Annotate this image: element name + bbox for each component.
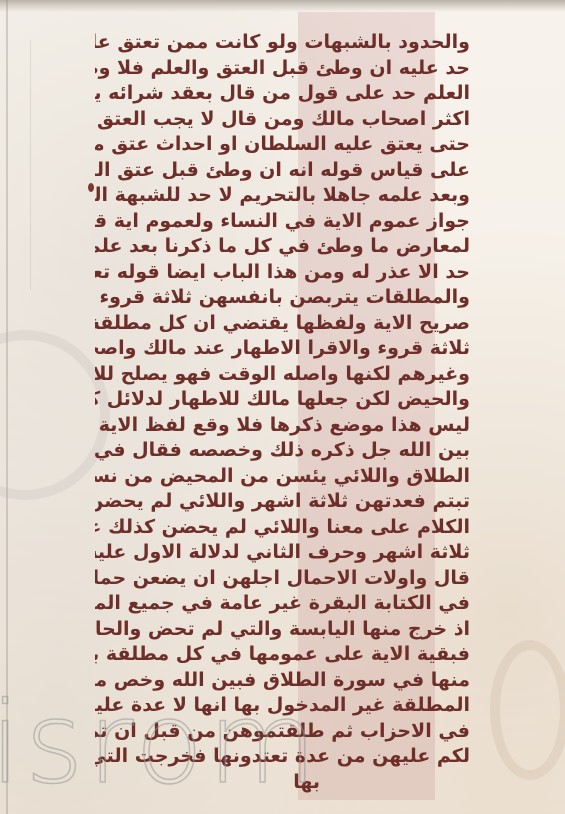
text-line: حتى يعتق عليه السلطان او احداث عتق منه ف… xyxy=(95,132,470,158)
text-line: قال واولات الاحمال اجلهن ان يضعن حملهن ف… xyxy=(95,566,470,592)
text-line: الكلام على معنا واللائي لم يحضن كذلك عدت… xyxy=(95,515,470,541)
paper-stain xyxy=(0,330,110,500)
page-top-edge xyxy=(0,0,565,12)
watermark-text: isrom xyxy=(0,688,321,800)
text-line: ثلاثة اشهر وحرف الثاني لدلالة الاول عليه… xyxy=(95,540,470,566)
text-line: تبتم فعدتهن ثلاثة اشهر واللائي لم يحضن ث… xyxy=(95,489,470,515)
text-line: والحيض لكن جعلها مالك للاطهار لدلائل كثي… xyxy=(95,387,470,413)
text-line: في الكتابة البقرة غير عامة في جميع المطل… xyxy=(95,591,470,617)
text-line: وغيرهم لكنها واصله الوقت فهو يصلح للاطها… xyxy=(95,362,470,388)
margin-mark-icon xyxy=(88,183,94,192)
text-line: بين الله جل ذكره ذلك وخصصه فقال في سورة xyxy=(95,438,470,464)
text-line: حد الا عذر له ومن هذا الباب ايضا قوله تع… xyxy=(95,260,470,286)
text-line: والمطلقات يتربصن بانفسهن ثلاثة قروء فظاه… xyxy=(95,285,470,311)
manuscript-page: والحدود بالشبهات ولو كانت ممن تعتق عليه … xyxy=(0,0,565,814)
text-line: والحدود بالشبهات ولو كانت ممن تعتق عليه … xyxy=(95,30,470,56)
text-line: اكثر اصحاب مالك ومن قال لا يجب العتق بعق… xyxy=(95,107,470,133)
text-line: الطلاق واللائي يئسن من المحيض من نسائكم … xyxy=(95,464,470,490)
page-fold-line-secondary xyxy=(30,40,31,290)
text-line: حد عليه ان وطئ قبل العتق والعلم فلا وطئ … xyxy=(95,56,470,82)
text-line: اذ خرج منها اليابسة والتي لم تحض والحامل xyxy=(95,617,470,643)
text-line: وبعد علمه جاهلا بالتحريم لا حد للشبهة ال… xyxy=(95,183,470,209)
text-line: العلم حد على قول من قال بعقد شرائه يجب ا… xyxy=(95,81,470,107)
text-line: على قياس قوله انه ان وطئ قبل عتق السلطان… xyxy=(95,158,470,184)
text-line: ليس هذا موضع ذكرها فلا وقع لفظ الاية عام… xyxy=(95,413,470,439)
text-line: لمعارض ما وطئ في كل ما ذكرنا بعد علمه با… xyxy=(95,234,470,260)
paper-stain xyxy=(490,640,565,780)
text-line: فبقية الاية على عمومها في كل مطلقة بعد م… xyxy=(95,642,470,668)
text-line: ثلاثة قروء والاقرا الاطهار عند مالك واصح… xyxy=(95,336,470,362)
text-line: صريح الاية ولفظها يقتضي ان كل مطلقة تعتد xyxy=(95,311,470,337)
text-line: جواز عموم الاية في النساء ولعموم اية قد … xyxy=(95,209,470,235)
